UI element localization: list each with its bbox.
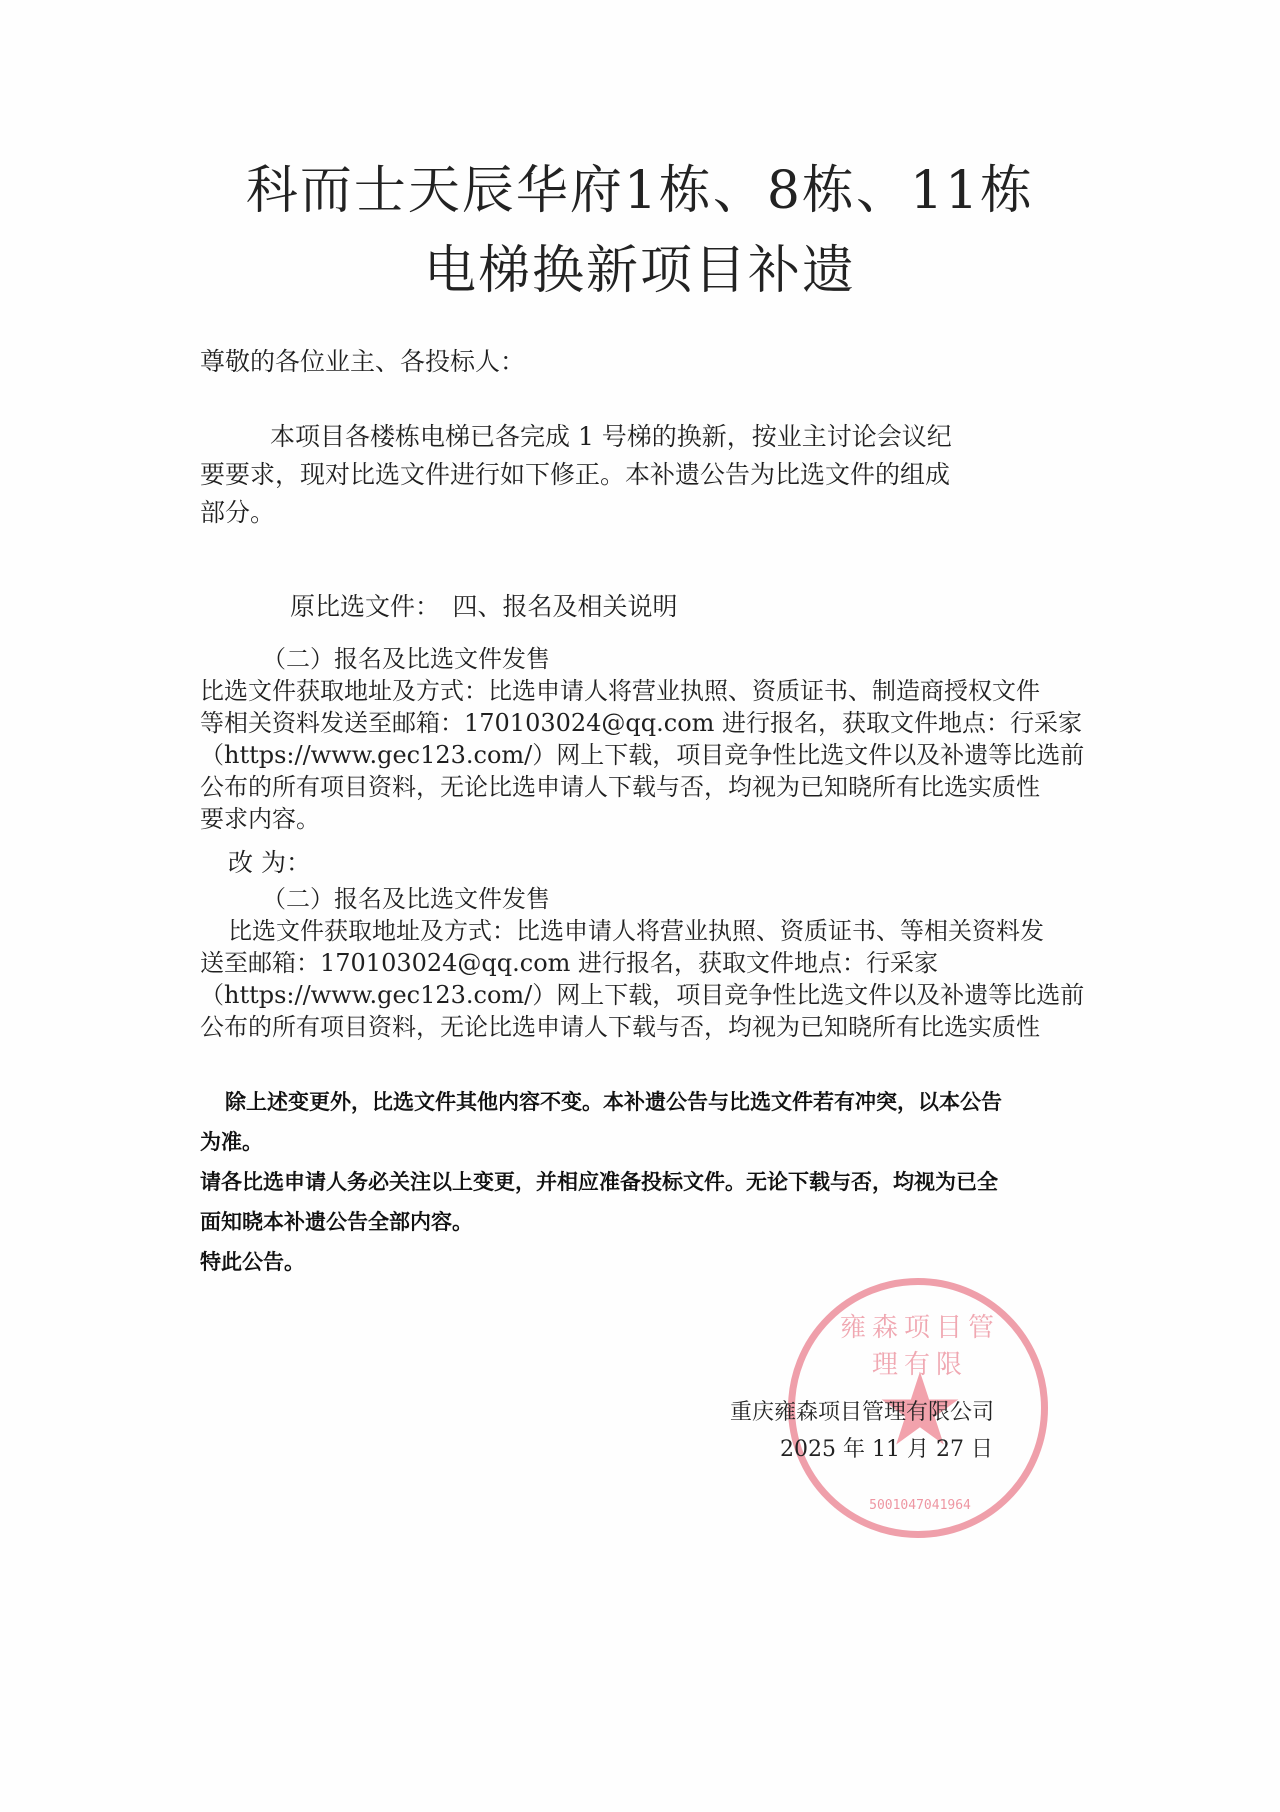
document-page: 科而士天辰华府1栋、8栋、11栋 电梯换新项目补遗 尊敬的各位业主、各投标人： … [0,0,1280,1812]
intro-line-3: 部分。 [200,496,275,530]
notice-line-2: 为准。 [200,1125,263,1159]
revised-line-1: 比选文件获取地址及方式：比选申请人将营业执照、资质证书、等相关资料发 [228,914,1044,948]
revised-line-3: （https://www.gec123.com/）网上下载，项目竞争性比选文件以… [200,978,1084,1012]
revised-line-4: 公布的所有项目资料，无论比选申请人下载与否，均视为已知晓所有比选实质性 [200,1010,1040,1044]
notice-line-3: 请各比选申请人务必关注以上变更，并相应准备投标文件。无论下载与否，均视为已全 [200,1165,998,1199]
document-title-line-2: 电梯换新项目补遗 [0,228,1280,303]
seal-code: 5001047041964 [835,1498,1005,1513]
signature-company: 重庆雍森项目管理有限公司 [730,1395,994,1426]
original-line-3: （https://www.gec123.com/）网上下载，项目竞争性比选文件以… [200,738,1084,772]
original-subheading: （二）报名及比选文件发售 [262,642,550,676]
intro-line-1: 本项目各楼栋电梯已各完成 1 号梯的换新，按业主讨论会议纪 [270,420,952,454]
revised-line-2: 送至邮箱：170103024@qq.com 进行报名，获取文件地点：行采家 [200,946,938,980]
notice-line-1: 除上述变更外，比选文件其他内容不变。本补遗公告与比选文件若有冲突，以本公告 [225,1085,1002,1119]
original-line-4: 公布的所有项目资料，无论比选申请人下载与否，均视为已知晓所有比选实质性 [200,770,1040,804]
signature-date: 2025 年 11 月 27 日 [780,1432,993,1463]
original-line-5: 要求内容。 [200,802,320,836]
original-heading: 原比选文件： 四、报名及相关说明 [290,590,678,624]
revised-subheading: （二）报名及比选文件发售 [262,882,550,916]
document-title-line-1: 科而士天辰华府1栋、8栋、11栋 [0,148,1280,223]
notice-line-4: 面知晓本补遗公告全部内容。 [200,1205,473,1239]
original-line-1: 比选文件获取地址及方式：比选申请人将营业执照、资质证书、制造商授权文件 [200,674,1040,708]
revised-heading: 改 为： [228,846,311,880]
salutation: 尊敬的各位业主、各投标人： [200,345,525,379]
intro-line-2: 要要求，现对比选文件进行如下修正。本补遗公告为比选文件的组成 [200,458,950,492]
notice-line-5: 特此公告。 [200,1245,305,1279]
original-line-2: 等相关资料发送至邮箱：170103024@qq.com 进行报名，获取文件地点：… [200,706,1082,740]
